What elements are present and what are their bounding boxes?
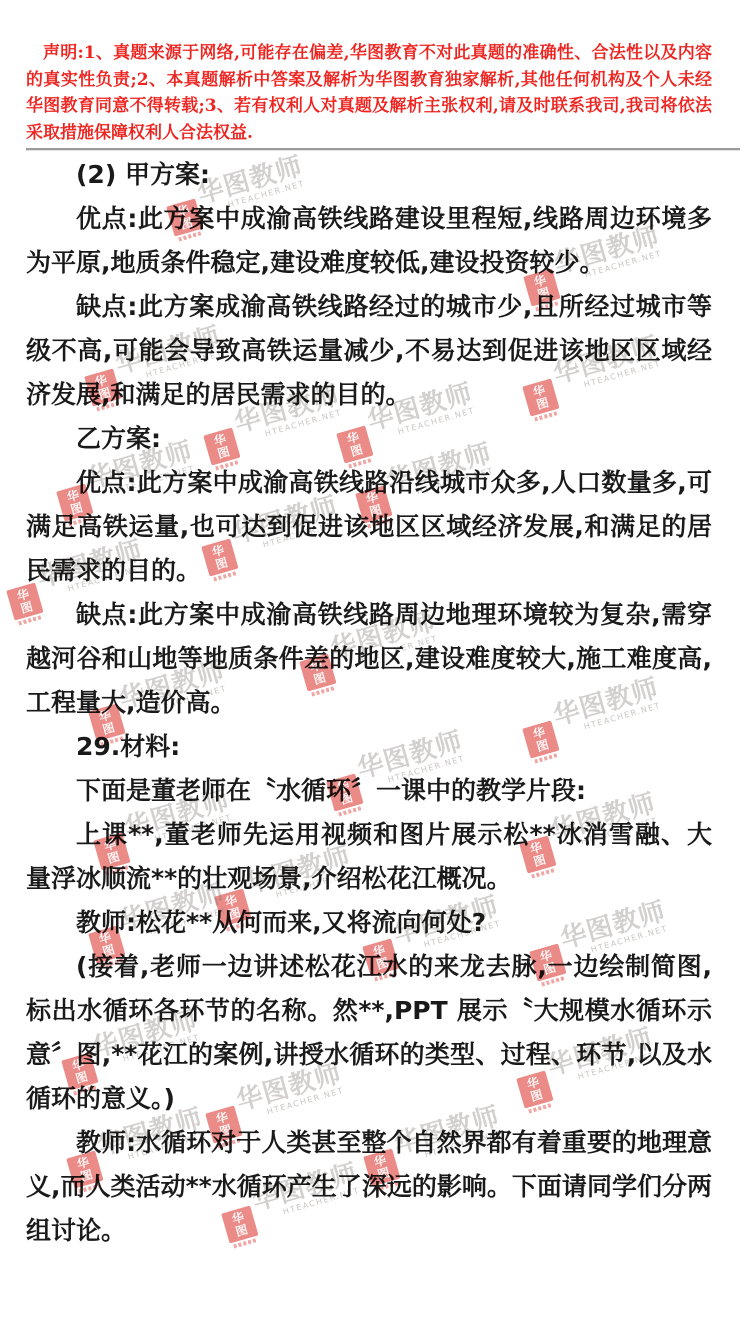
paragraph: 优点:此方案中成渝高铁线路沿线城市众多,人口数量多,可满足高铁运量,也可达到促进… (26, 461, 712, 593)
document-content: 声明:1、真题来源于网络,可能存在偏差,华图教育不对此真题的准确性、合法性以及内… (26, 0, 712, 1253)
disclaimer: 声明:1、真题来源于网络,可能存在偏差,华图教育不对此真题的准确性、合法性以及内… (26, 40, 712, 146)
paragraph: (2) 甲方案: (26, 153, 712, 197)
disclaimer-label: 声明: (43, 43, 84, 63)
paragraph: 缺点:此方案成渝高铁线路经过的城市少,且所经过城市等级不高,可能会导致高铁运量减… (26, 285, 712, 417)
separator-line (26, 148, 740, 151)
paragraph: 优点:此方案中成渝高铁线路建设里程短,线路周边环境多为平原,地质条件稳定,建设难… (26, 197, 712, 285)
paragraph: 乙方案: (26, 417, 712, 461)
disclaimer-text: 1、真题来源于网络,可能存在偏差,华图教育不对此真题的准确性、合法性以及内容的真… (26, 43, 712, 143)
document-body: (2) 甲方案:优点:此方案中成渝高铁线路建设里程短,线路周边环境多为平原,地质… (26, 153, 712, 1253)
paragraph: 缺点:此方案中成渝高铁线路周边地理环境较为复杂,需穿越河谷和山地等地质条件差的地… (26, 593, 712, 725)
paragraph: 教师:松花**从何而来,又将流向何处? (26, 901, 712, 945)
paragraph: 29.材料: (26, 725, 712, 769)
paragraph: (接着,老师一边讲述松花江水的来龙去脉,一边绘制简图,标出水循环各环节的名称。然… (26, 945, 712, 1121)
paragraph: 上课**,董老师先运用视频和图片展示松**冰消雪融、大量浮冰顺流**的壮观场景,… (26, 813, 712, 901)
document-page: 华图华图教师HTEACHER.NET华图华图教师HTEACHER.NET华图华图… (0, 0, 748, 1335)
paragraph: 下面是董老师在〝水循环〞一课中的教学片段: (26, 769, 712, 813)
paragraph: 教师:水循环对于人类甚至整个自然界都有着重要的地理意义,而人类活动**水循环产生… (26, 1121, 712, 1253)
